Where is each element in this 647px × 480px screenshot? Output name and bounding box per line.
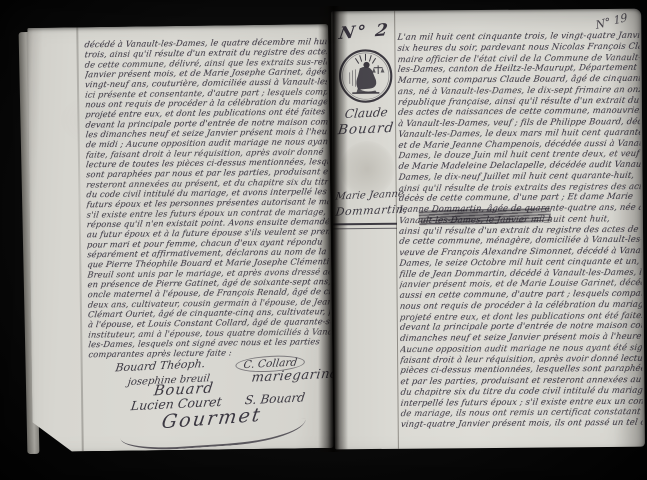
groom-last-name: Bouard (337, 120, 395, 138)
folio-number: N° 19 (595, 11, 628, 32)
right-page-text: L'an mil huit cent cinquante trois, le v… (397, 31, 642, 433)
signature-flourish (120, 419, 307, 453)
manuscript-line: vingt-quatre Janvier présent mois, ils o… (400, 418, 643, 431)
bride-first-name: Marie Jeanne (335, 189, 405, 203)
margin-separator-rule (333, 223, 397, 230)
signature-marie-garind: mariegarind (251, 366, 340, 385)
register-scan: décédé à Vanault-les-Dames, le quatre dé… (0, 0, 647, 480)
act-number: N° 2 (338, 22, 391, 43)
binding-crease (76, 27, 84, 451)
left-page: décédé à Vanault-les-Dames, le quatre dé… (27, 24, 334, 452)
republic-seal-icon (336, 47, 395, 106)
obliterated-text-overstamp (419, 208, 551, 226)
bride-last-name: Dommartin, (335, 202, 408, 218)
groom-first-name: Claude (344, 105, 388, 121)
right-page: N° 2 Claude Bouard Marie Jeanne Dommarti… (331, 9, 645, 450)
left-page-text: décédé à Vanault-les-Dames, le quatre dé… (84, 36, 330, 363)
